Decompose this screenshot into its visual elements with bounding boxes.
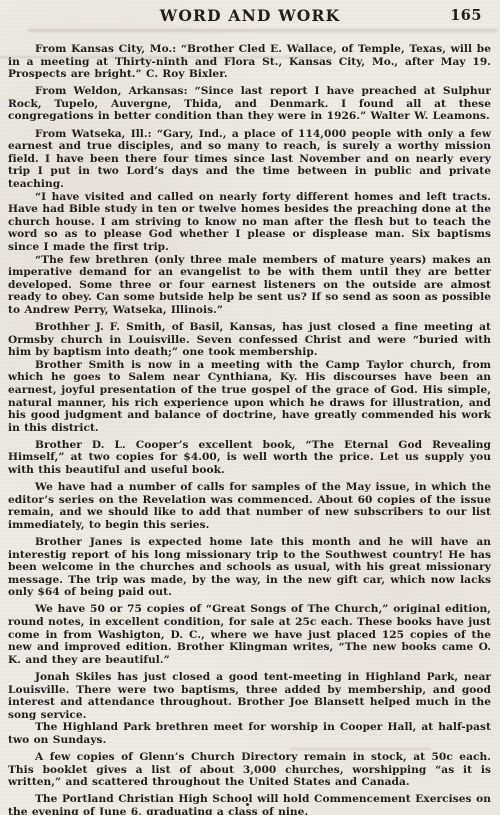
news-paragraph-cooper-book: Brother D. L. Cooper’s excellent book, “… [8, 439, 491, 477]
news-paragraph-weldon: From Weldon, Arkansas: “Since last repor… [8, 85, 491, 123]
page-header: WORD AND WORK 165 [0, 0, 500, 30]
news-paragraph-watseka-cont-1: “I have visited and called on nearly for… [8, 191, 491, 254]
news-paragraph-portland-school: The Portland Christian High School will … [8, 793, 491, 815]
news-paragraph-kansas-city: From Kansas City, Mo.: “Brother Cled E. … [8, 43, 491, 81]
news-paragraph-smith-camp-taylor: Brother Smith is now in a meeting with t… [8, 359, 491, 435]
news-paragraph-may-issue: We have had a number of calls for sample… [8, 481, 491, 531]
article-body: From Kansas City, Mo.: “Brother Cled E. … [0, 30, 500, 815]
journal-title: WORD AND WORK [0, 6, 500, 25]
news-paragraph-janes-trip: Brother Janes is expected home late this… [8, 536, 491, 599]
news-paragraph-smith-meeting: Brothher J. F. Smith, of Basil, Kansas, … [8, 321, 491, 359]
magazine-page: WORD AND WORK 165 From Kansas City, Mo.:… [0, 0, 500, 815]
page-number: 165 [450, 7, 482, 24]
news-paragraph-great-songs: We have 50 or 75 copies of “Great Songs … [8, 603, 491, 666]
news-paragraph-church-directory: A few copies of Glenn’s Church Directory… [8, 751, 491, 789]
news-paragraph-jonah-skiles: Jonah Skiles has just closed a good tent… [8, 671, 491, 721]
news-paragraph-highland-park: The Highland Park brethren meet for wors… [8, 721, 491, 746]
news-paragraph-watseka: From Watseka, Ill.: “Gary, Ind., a place… [8, 128, 491, 191]
news-paragraph-watseka-cont-2: “The few brethren (only three male membe… [8, 254, 491, 317]
